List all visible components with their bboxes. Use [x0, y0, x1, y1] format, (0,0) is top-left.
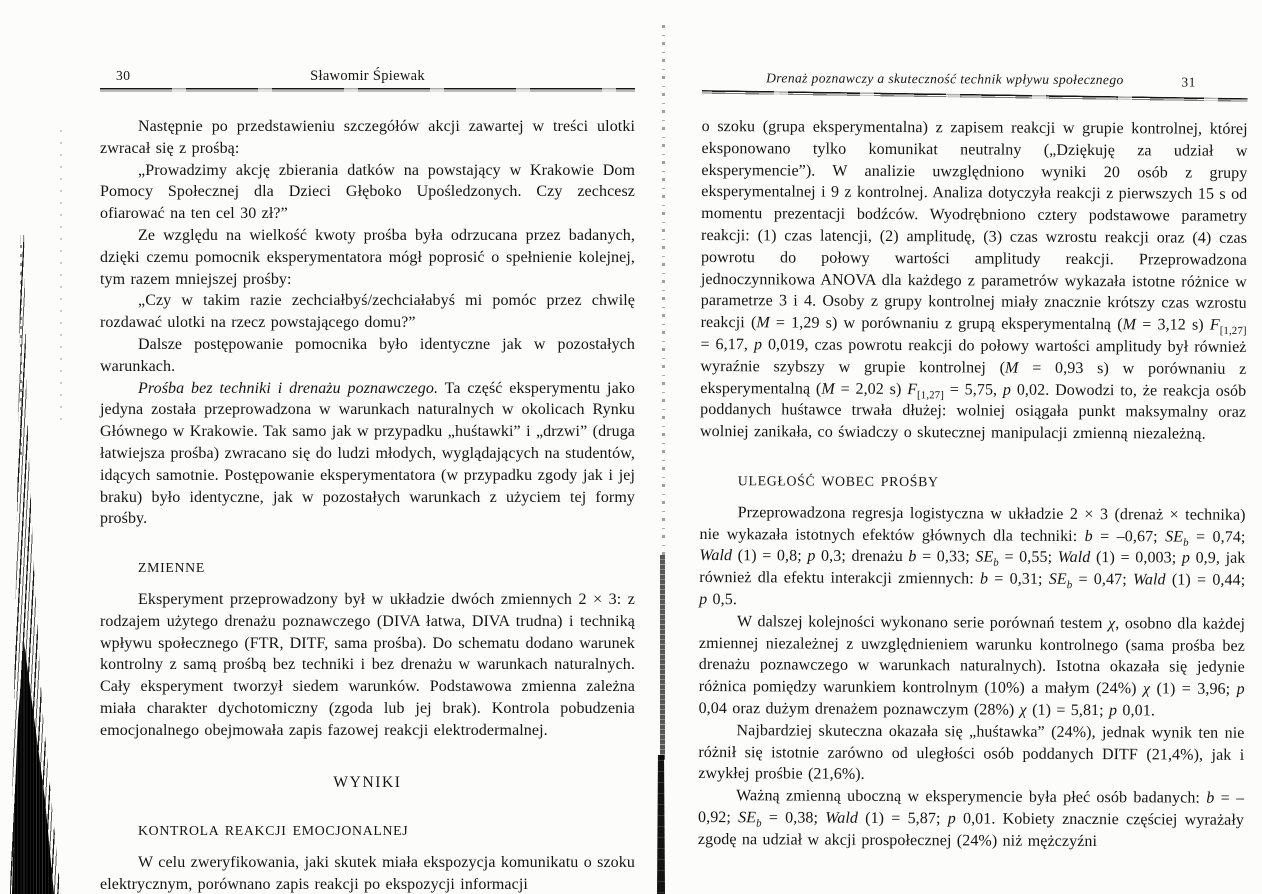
- paragraph: Prośba bez techniki i drenażu poznawczeg…: [100, 378, 635, 531]
- page-gutter-dotted-line: [662, 25, 665, 555]
- book-spine-dark-edge: [12, 640, 54, 894]
- paragraph: o szoku (grupa eksperymentalna) z zapise…: [700, 116, 1248, 446]
- left-running-head-title: Sławomir Śpiewak: [100, 68, 635, 85]
- paragraph: W celu zweryfikowania, jaki skutek miała…: [100, 852, 635, 894]
- section-heading: KONTROLA REAKCJI EMOCJONALNEJ: [100, 820, 635, 842]
- paragraph: Ważną zmienną uboczną w eksperymencie by…: [698, 785, 1244, 853]
- paragraph: Najbardziej skuteczna okazała się „huśta…: [698, 720, 1244, 788]
- page-gutter-dark-streak: [657, 755, 665, 894]
- scanned-book-spread: { "colors": { "paper": "#fcfcfa", "ink":…: [0, 0, 1262, 894]
- right-running-head-title: Drenaż poznawczy a skuteczność technik w…: [702, 70, 1188, 89]
- paragraph: „Prowadzimy akcję zbierania datków na po…: [100, 160, 635, 225]
- paragraph: Ze względu na wielkość kwoty prośba była…: [100, 225, 635, 290]
- right-running-header: Drenaż poznawczy a skuteczność technik w…: [702, 60, 1248, 119]
- paragraph: Dalsze postępowanie pomocnika było ident…: [100, 334, 635, 378]
- paragraph: Następnie po przedstawieniu szczegółów a…: [100, 116, 635, 160]
- book-spine-scan-artifact: [10, 235, 64, 894]
- paragraph: W dalszej kolejności wykonano serie poró…: [699, 611, 1246, 723]
- section-heading: ULEGŁOŚĆ WOBEC PROŚBY: [700, 470, 1246, 495]
- section-heading: WYNIKI: [100, 772, 635, 794]
- paragraph: Eksperyment przeprowadzony był w układzi…: [100, 589, 635, 742]
- left-running-header: 30 Sławomir Śpiewak: [100, 60, 635, 116]
- spine-speckles: [60, 130, 62, 430]
- right-page-body: o szoku (grupa eksperymentalna) z zapise…: [698, 116, 1248, 853]
- left-header-rule: [100, 88, 635, 92]
- right-page: Drenaż poznawczy a skuteczność technik w…: [698, 60, 1248, 853]
- left-page: 30 Sławomir Śpiewak Następnie po przedst…: [100, 60, 635, 894]
- spine-dotted-line: [20, 245, 22, 460]
- paragraph: „Czy w takim razie zechciałbyś/zechciała…: [100, 290, 635, 334]
- section-heading: ZMIENNE: [100, 557, 635, 579]
- paragraph: Przeprowadzona regresja logistyczna w uk…: [699, 502, 1246, 614]
- right-page-number: 31: [1181, 75, 1196, 91]
- left-page-body: Następnie po przedstawieniu szczegółów a…: [100, 116, 635, 894]
- page-gutter-streak: [660, 555, 665, 760]
- right-header-rule: [702, 90, 1248, 102]
